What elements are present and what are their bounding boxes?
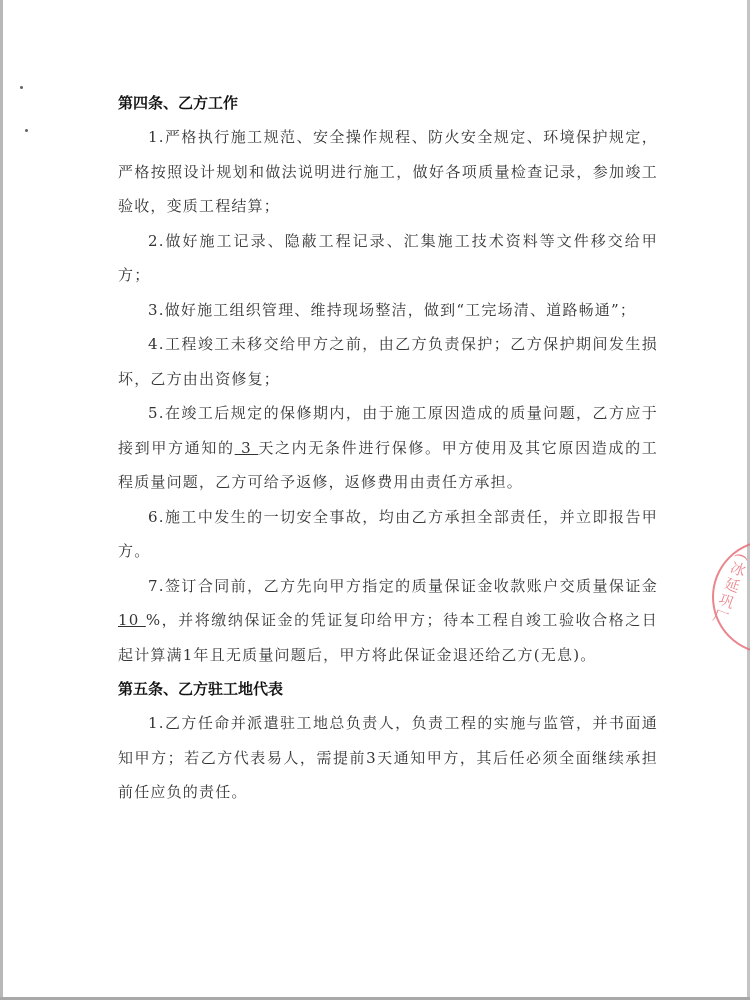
document-page: 第四条、乙方工作 1.严格执行施工规范、安全操作规程、防火安全规定、环境保护规定… xyxy=(118,86,658,810)
scan-edge-left xyxy=(0,0,3,1000)
clause-4-7: 7.签订合同前，乙方先向甲方指定的质量保证金收款账户交质量保证金 10 %，并将… xyxy=(118,569,658,673)
binding-hole-mark xyxy=(25,129,28,132)
clause-4-3: 3.做好施工组织管理、维持现场整洁，做到“工完场清、道路畅通”； xyxy=(118,293,658,328)
clause-text: 7.签订合同前，乙方先向甲方指定的质量保证金收款账户交质量保证金 xyxy=(148,577,658,595)
clause-text: %，并将缴纳保证金的凭证复印给甲方；待本工程自竣工验收合格之日起计算满1年且无质… xyxy=(118,611,658,664)
red-seal-stamp: (冰延巩厂 xyxy=(712,540,750,654)
clause-4-2: 2.做好施工记录、隐蔽工程记录、汇集施工技术资料等文件移交给甲方； xyxy=(118,224,658,293)
stamp-text: (冰延巩厂 xyxy=(708,551,750,629)
days-blank: 3 xyxy=(235,439,259,457)
binding-hole-mark xyxy=(20,86,23,89)
clause-4-4: 4.工程竣工未移交给甲方之前，由乙方负责保护；乙方保护期间发生损坏，乙方由出资修… xyxy=(118,327,658,396)
clause-4-1: 1.严格执行施工规范、安全操作规程、防火安全规定、环境保护规定，严格按照设计规划… xyxy=(118,120,658,224)
clause-4-5: 5.在竣工后规定的保修期内，由于施工原因造成的质量问题，乙方应于接到甲方通知的 … xyxy=(118,396,658,500)
clause-5-1: 1.乙方任命并派遣驻工地总负责人，负责工程的实施与监管，并书面通知甲方；若乙方代… xyxy=(118,706,658,810)
section-heading-article-4: 第四条、乙方工作 xyxy=(118,86,658,120)
section-heading-article-5: 第五条、乙方驻工地代表 xyxy=(118,672,658,706)
clause-4-6: 6.施工中发生的一切安全事故，均由乙方承担全部责任，并立即报告甲方。 xyxy=(118,500,658,569)
deposit-percent-blank: 10 xyxy=(118,611,146,629)
